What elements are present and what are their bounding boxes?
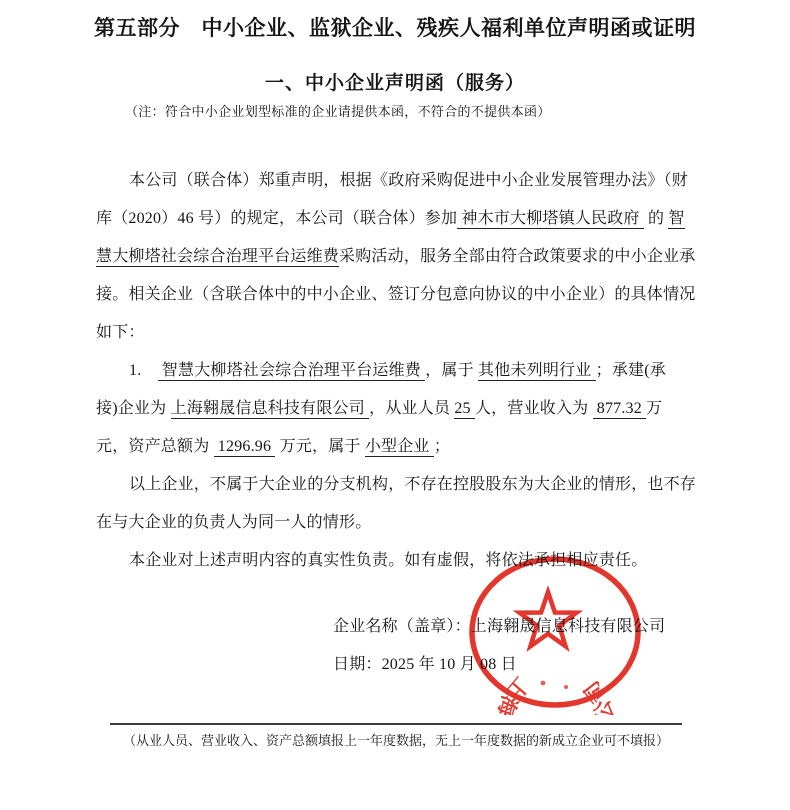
body-line: 慧大柳塔社会综合治理平台运维费采购活动，服务全部由符合政策要求的中小企业承 <box>96 238 698 276</box>
text-run: 库（2020）46 号）的规定，本公司（联合体）参加 <box>96 210 457 227</box>
stamp-company-text: 上海翱晟信息科技有限公司 <box>492 673 618 715</box>
svg-text:上海翱晟信息科技有限公司: 上海翱晟信息科技有限公司 <box>492 673 618 715</box>
filled-blank: 上海翱晟信息科技有限公司 <box>171 400 370 419</box>
body-line: 接。相关企业（含联合体中的中小企业、签订分包意向协议的中小企业）的具体情况 <box>96 276 698 314</box>
filled-blank: 1296.96 <box>214 438 276 457</box>
text-run: 元，资产总额为 <box>96 438 214 455</box>
footnote-text: （从业人员、营业收入、资产总额填报上一年度数据，无上一年度数据的新成立企业可不填… <box>123 733 669 748</box>
page-title: 第五部分 中小企业、监狱企业、残疾人福利单位声明函或证明 <box>0 14 790 42</box>
text-run: 采购活动，服务全部由符合政策要求的中小企业承 <box>339 248 695 265</box>
body-line: 在与大企业的负责人为同一人的情形。 <box>96 504 698 542</box>
text-run: ；承建(承 <box>596 362 666 379</box>
section-subtitle: 一、中小企业声明函（服务） <box>0 71 790 97</box>
filled-blank: 智慧大柳塔社会综合治理平台运维费 <box>158 362 426 381</box>
filled-blank: 神木市大柳塔镇人民政府 <box>457 210 644 229</box>
filled-blank: 慧大柳塔社会综合治理平台运维费 <box>96 248 339 267</box>
body-line: 如下： <box>96 314 698 352</box>
body-line: 库（2020）46 号）的规定，本公司（联合体）参加 神木市大柳塔镇人民政府 的… <box>96 200 698 238</box>
text-run: 人，营业收入为 <box>475 400 593 417</box>
text-run: ； <box>434 438 450 455</box>
text-run: 如下： <box>96 324 145 341</box>
filled-blank: 其他未列明行业 <box>478 362 596 381</box>
body-line: 以上企业，不属于大企业的分支机构，不存在控股股东为大企业的情形，也不存 <box>96 466 698 504</box>
stamp-speck <box>564 685 568 689</box>
note-text: （注：符合中小企业划型标准的企业请提供本函，不符合的不提供本函） <box>125 102 551 122</box>
star-icon <box>520 592 577 646</box>
text-run: 以上企业，不属于大企业的分支机构，不存在控股股东为大企业的情形，也不存 <box>129 476 696 493</box>
text-run: 的 <box>644 210 669 227</box>
filled-blank: 智 <box>668 210 684 229</box>
company-stamp: 上海翱晟信息科技有限公司 <box>460 550 650 715</box>
filled-blank: 877.32 <box>593 400 647 419</box>
footnote: （从业人员、营业收入、资产总额填报上一年度数据，无上一年度数据的新成立企业可不填… <box>110 723 682 750</box>
text-run: 在与大企业的负责人为同一人的情形。 <box>96 514 371 531</box>
stamp-ring <box>472 559 638 705</box>
text-run: 接。相关企业（含联合体中的中小企业、签订分包意向协议的中小企业）的具体情况 <box>96 286 695 303</box>
stamp-speck <box>541 681 546 686</box>
text-run: 万元，属于 <box>275 438 364 455</box>
text-run: 1. <box>129 362 158 379</box>
text-run: ，属于 <box>425 362 478 379</box>
text-run: 本公司（联合体）郑重声明，根据《政府采购促进中小企业发展管理办法》（财 <box>129 172 688 189</box>
declaration-page: 第五部分 中小企业、监狱企业、残疾人福利单位声明函或证明 一、中小企业声明函（服… <box>0 0 790 810</box>
body-line: 元，资产总额为 1296.96 万元，属于 小型企业 ； <box>96 428 698 466</box>
text-run: ，从业人员 <box>369 400 454 417</box>
filled-blank: 小型企业 <box>365 438 434 457</box>
text-run: 接)企业为 <box>96 400 171 417</box>
body-line: 接)企业为 上海翱晟信息科技有限公司 ，从业人员 25 人，营业收入为 877.… <box>96 390 698 428</box>
text-run: 万 <box>646 400 662 417</box>
body-line-item-1: 1. 智慧大柳塔社会综合治理平台运维费 ，属于 其他未列明行业 ；承建(承 <box>96 352 698 390</box>
body-line: 本公司（联合体）郑重声明，根据《政府采购促进中小企业发展管理办法》（财 <box>96 162 698 200</box>
filled-blank: 25 <box>454 400 475 419</box>
declaration-body: 本公司（联合体）郑重声明，根据《政府采购促进中小企业发展管理办法》（财 库（20… <box>96 162 698 580</box>
